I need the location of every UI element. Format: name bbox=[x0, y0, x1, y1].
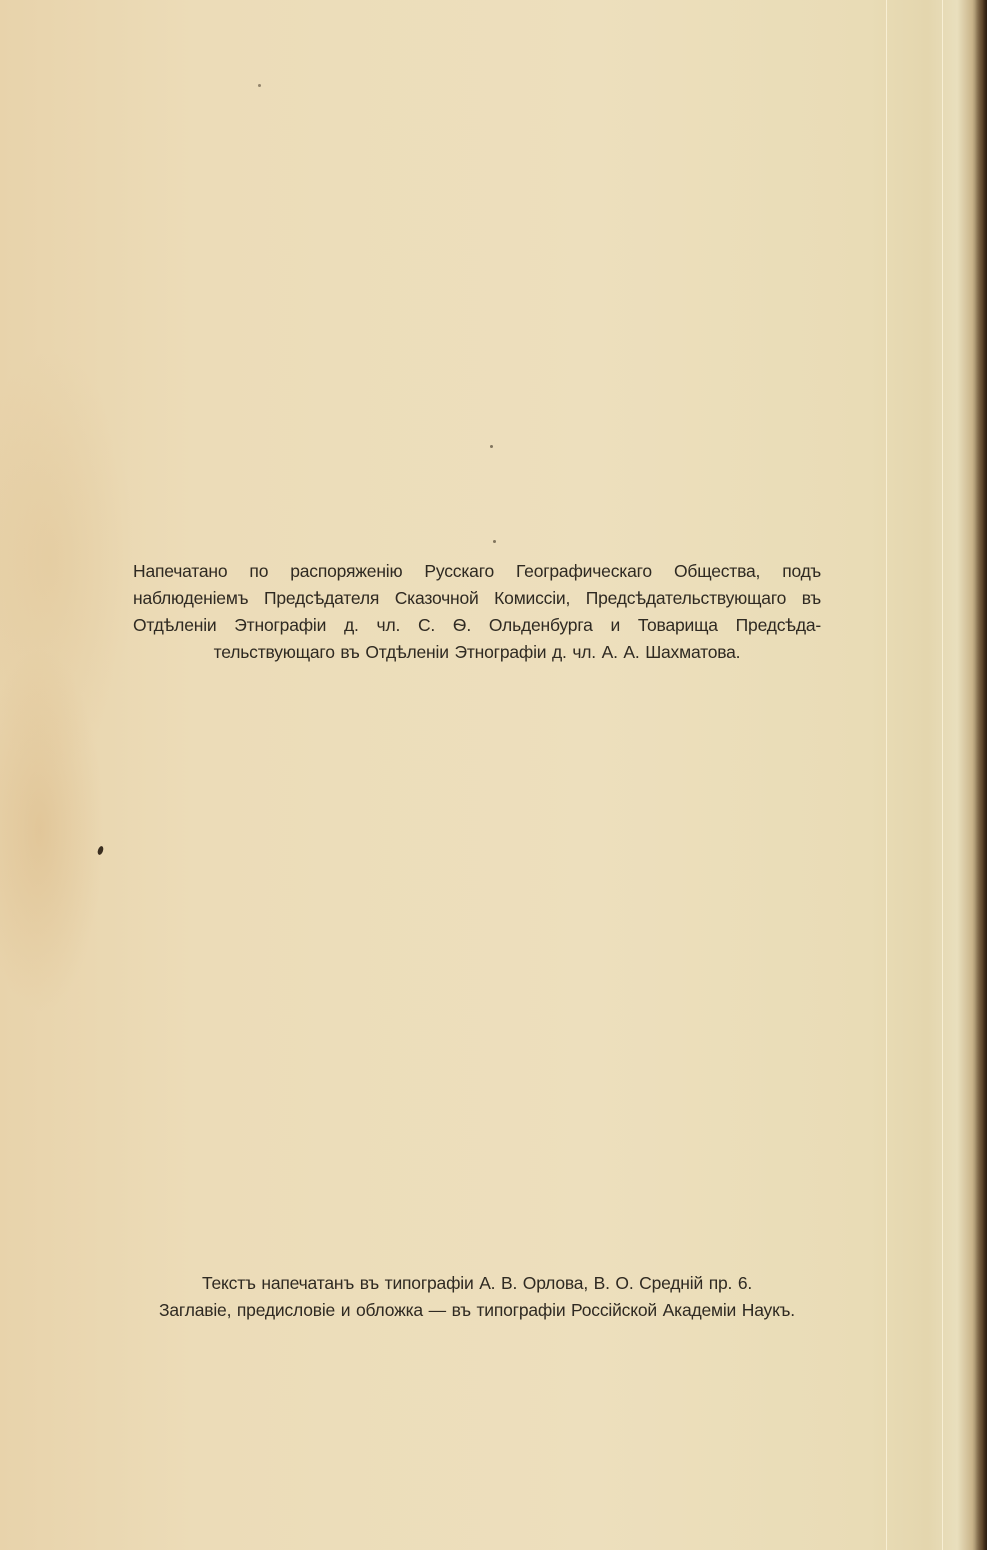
publisher-note-line: Отдѣленіи Этнографіи д. чл. С. Ѳ. Ольден… bbox=[133, 612, 821, 639]
book-page: Напечатано по распоряженію Русскаго Геог… bbox=[0, 0, 987, 1550]
printer-note: Текстъ напечатанъ въ типографіи А. В. Ор… bbox=[133, 1270, 821, 1324]
ink-speck bbox=[490, 445, 493, 448]
page-fold-line bbox=[886, 0, 887, 1550]
publisher-note-line: Напечатано по распоряженію Русскаго Геог… bbox=[133, 558, 821, 585]
printer-note-line: Текстъ напечатанъ въ типографіи А. В. Ор… bbox=[133, 1270, 821, 1297]
publisher-note-line: тельствующаго въ Отдѣленіи Этнографіи д.… bbox=[133, 639, 821, 666]
ink-speck bbox=[493, 540, 496, 543]
publisher-note-line: наблюденіемъ Предсѣдателя Сказочной Коми… bbox=[133, 585, 821, 612]
ink-speck bbox=[97, 845, 105, 855]
publisher-note: Напечатано по распоряженію Русскаго Геог… bbox=[133, 558, 821, 666]
page-edge-shadow bbox=[975, 0, 987, 1550]
printer-note-line: Заглавіе, предисловіе и обложка — въ тип… bbox=[133, 1297, 821, 1324]
ink-speck bbox=[258, 84, 261, 87]
page-fold-line bbox=[942, 0, 943, 1550]
